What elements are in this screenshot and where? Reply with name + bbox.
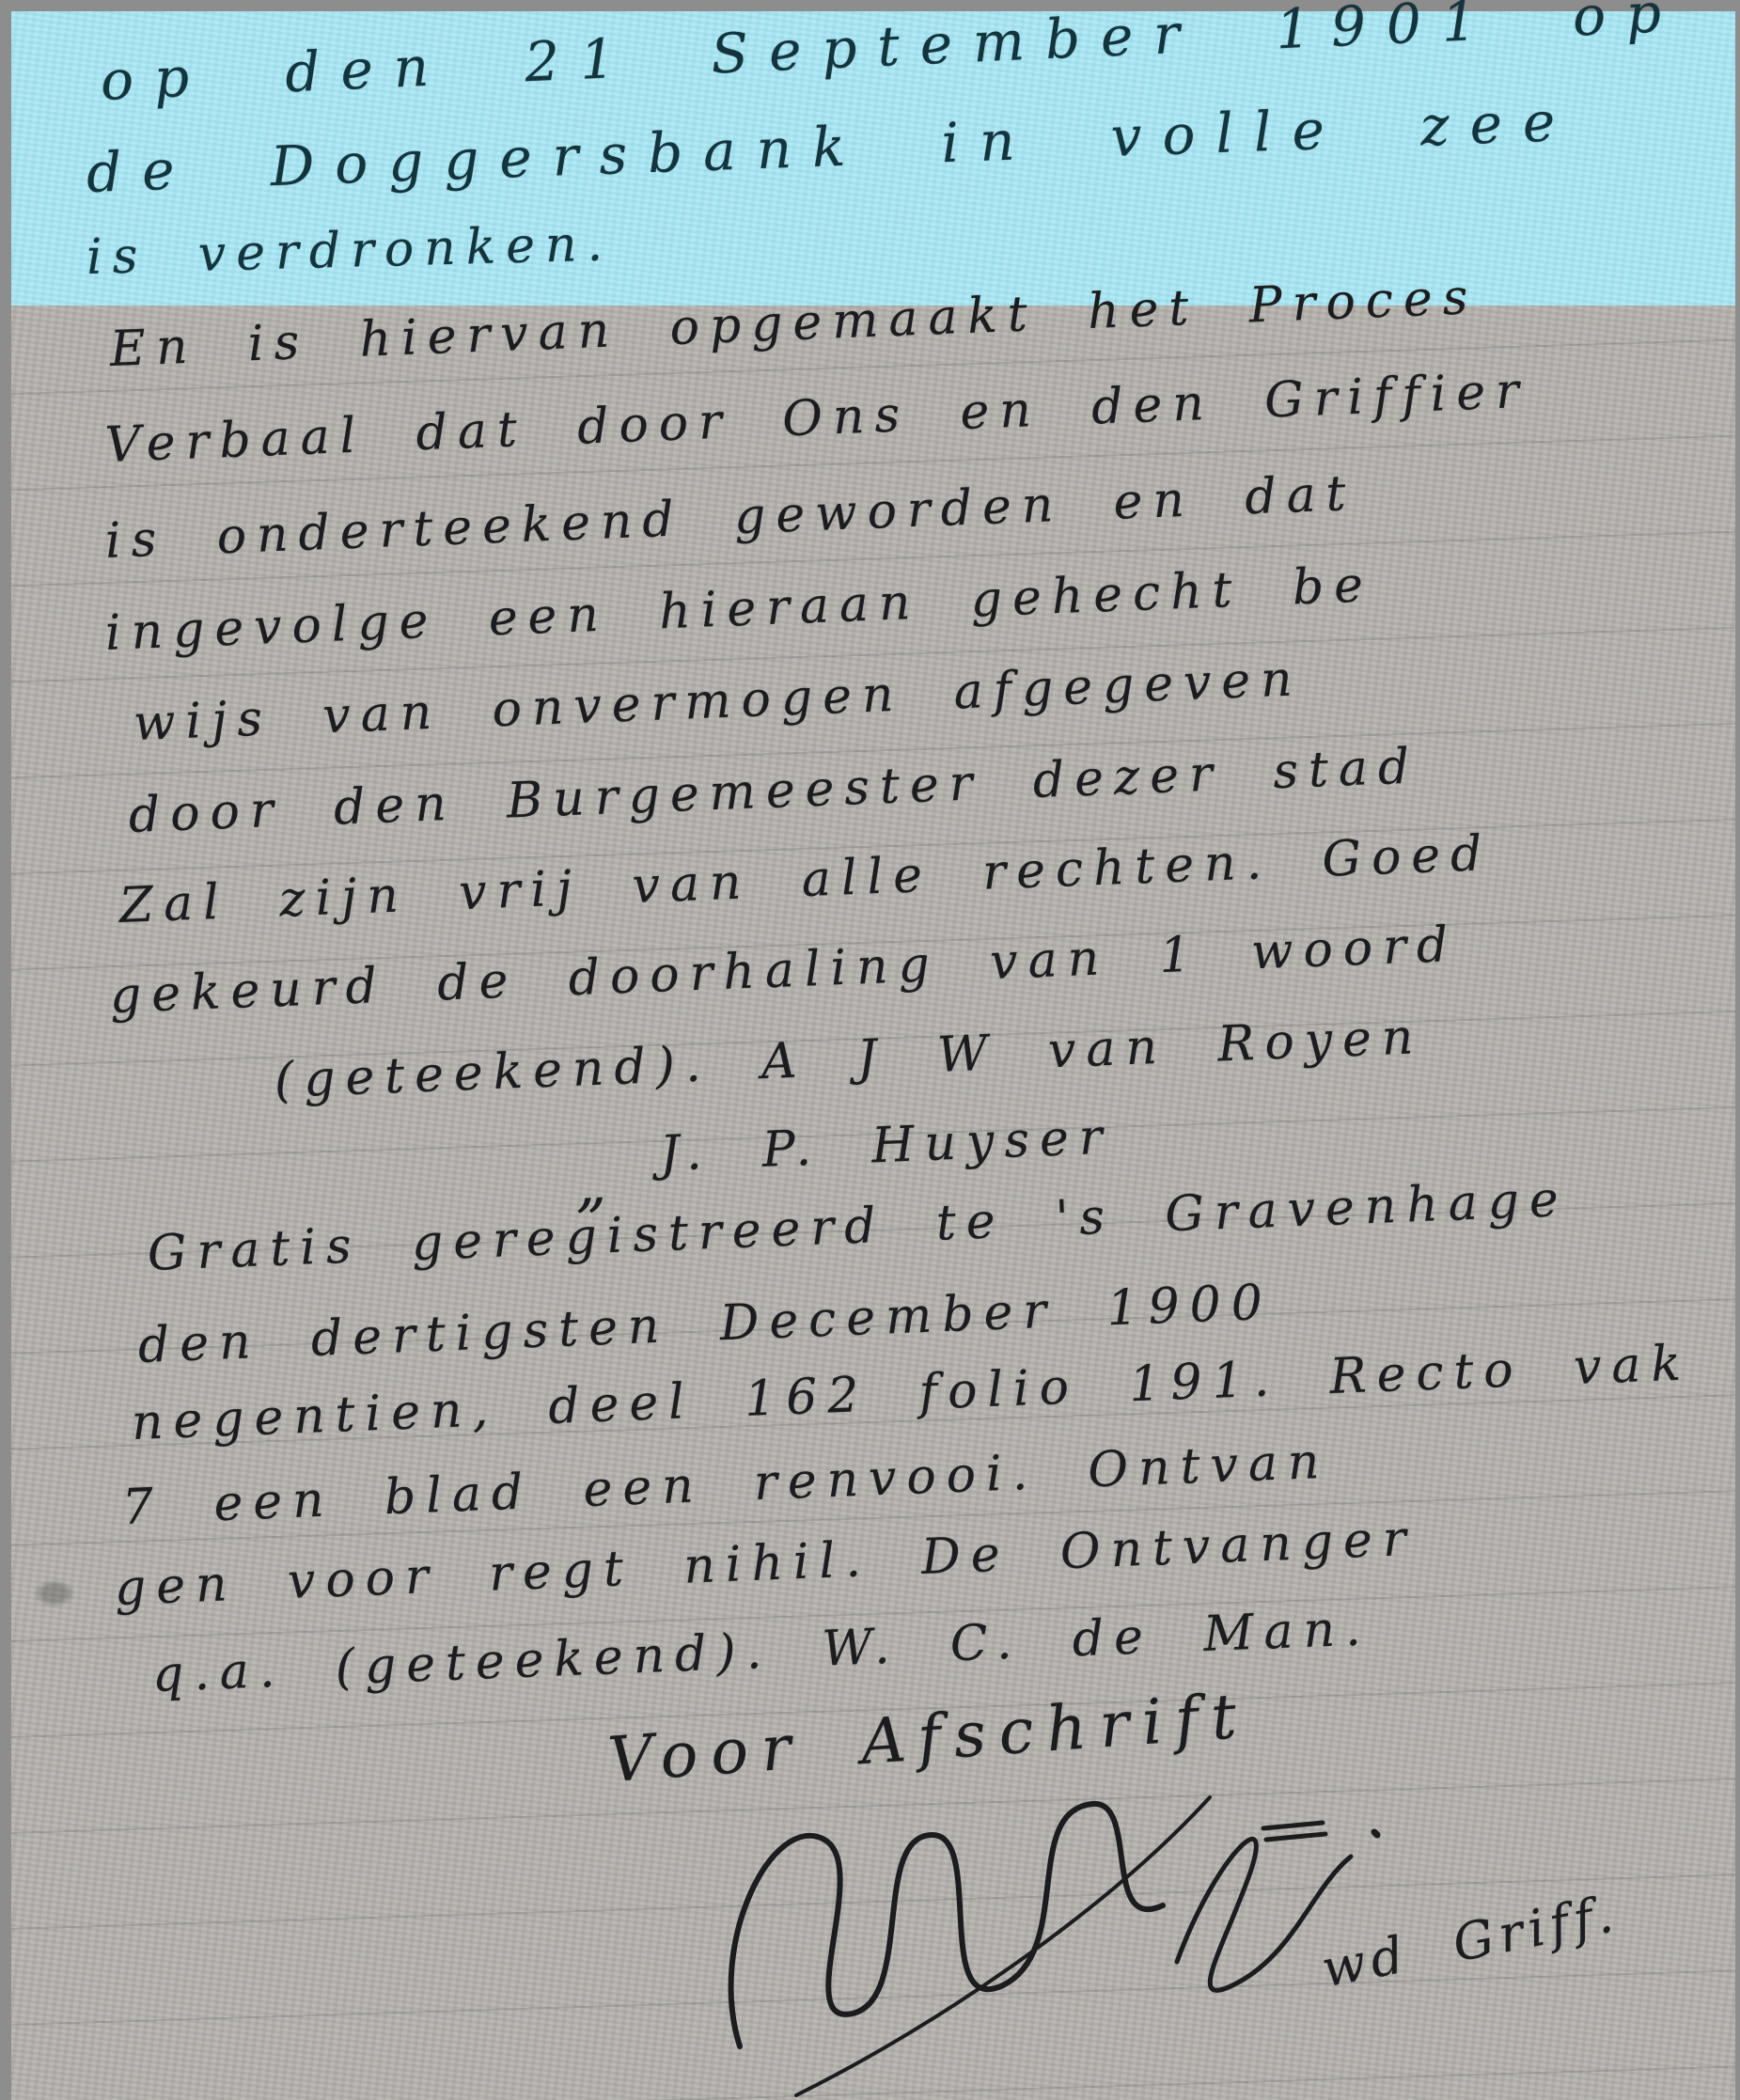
document-page: op den 21 September 1901 op de Doggersba… [11, 11, 1735, 2100]
manuscript-line: is onderteekend geworden en dat [104, 465, 1357, 570]
manuscript-line: door den Burgemeester dezer stad [128, 738, 1420, 844]
manuscript-line: Verbaal dat door Ons en den Griffier [104, 363, 1530, 474]
clerk-signature [651, 1746, 1497, 2100]
scanned-document: { "page": { "paper_color": "#b5b2ae", "e… [0, 0, 1740, 2100]
manuscript-line: gekeurd de doorhaling van 1 woord [109, 917, 1459, 1025]
manuscript-line: J. P. Huyser [659, 1109, 1114, 1183]
manuscript-line: ingevolge een hieraan gehecht be [104, 556, 1374, 662]
highlight-band: op den 21 September 1901 op de Doggersba… [11, 11, 1735, 306]
manuscript-line: wijs van onvermogen afgegeven [133, 650, 1304, 752]
ink-smudge [34, 1579, 75, 1607]
highlighted-line: is verdronken. [86, 215, 613, 286]
manuscript-line: Zal zijn vrij van alle rechten. Goed [118, 825, 1494, 934]
manuscript-line: Gratis geregistreerd te 's Gravenhage [147, 1171, 1570, 1282]
manuscript-line: (geteekend). A J W van Royen [274, 1009, 1425, 1109]
highlighted-line: de Doggersbank in volle zee [86, 89, 1577, 205]
